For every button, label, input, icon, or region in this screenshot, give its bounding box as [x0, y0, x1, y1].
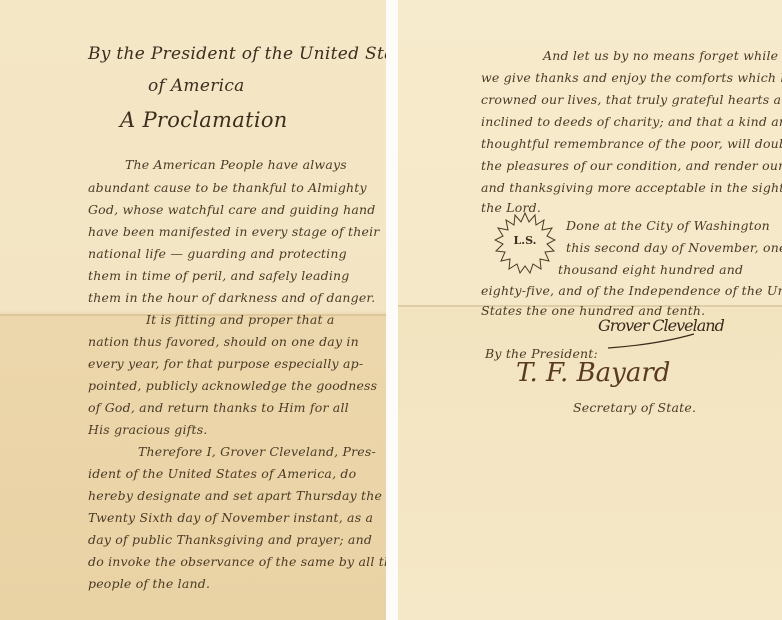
- text-line: It is fitting and proper that a: [146, 312, 335, 328]
- proclamation-page-1: By the President of the United States of…: [0, 0, 386, 620]
- text-line: thoughtful remembrance of the poor, will…: [481, 136, 782, 152]
- text-line: people of the land.: [88, 576, 210, 592]
- seal-of-state: L.S.: [494, 212, 556, 274]
- text-line: crowned our lives, that truly grateful h…: [481, 92, 782, 108]
- text-line: and thanksgiving more acceptable in the …: [481, 180, 782, 196]
- text-line: Therefore I, Grover Cleveland, Pres-: [138, 444, 376, 460]
- text-line: abundant cause to be thankful to Almight…: [88, 180, 367, 196]
- signature-flourish-icon: [606, 332, 696, 350]
- text-line: And let us by no means forget while: [543, 48, 778, 64]
- heading-line-1: By the President of the United States: [88, 44, 386, 64]
- text-line: ident of the United States of America, d…: [88, 466, 356, 482]
- text-line: every year, for that purpose especially …: [88, 356, 363, 372]
- text-line: God, whose watchful care and guiding han…: [88, 202, 376, 218]
- text-line: thousand eight hundred and: [558, 262, 743, 278]
- text-line: inclined to deeds of charity; and that a…: [481, 114, 782, 130]
- text-line: of God, and return thanks to Him for all: [88, 400, 349, 416]
- text-line: Twenty Sixth day of November instant, as…: [88, 510, 373, 526]
- text-line: them in time of peril, and safely leadin…: [88, 268, 350, 284]
- text-line: the pleasures of our condition, and rend…: [481, 158, 782, 174]
- secretary-signature: T. F. Bayard: [516, 358, 670, 388]
- text-line: eighty-five, and of the Independence of …: [481, 283, 782, 299]
- text-line: nation thus favored, should on one day i…: [88, 334, 359, 350]
- text-line: have been manifested in every stage of t…: [88, 224, 379, 240]
- text-line: do invoke the observance of the same by …: [88, 554, 386, 570]
- heading-line-2: of America: [148, 76, 245, 96]
- text-line: national life — guarding and protecting: [88, 246, 347, 262]
- seal-label: L.S.: [494, 234, 556, 247]
- text-line: His gracious gifts.: [88, 422, 208, 438]
- text-line: day of public Thanksgiving and prayer; a…: [88, 532, 372, 548]
- text-line: hereby designate and set apart Thursday …: [88, 488, 382, 504]
- text-line: pointed, publicly acknowledge the goodne…: [88, 378, 377, 394]
- page-gap: [386, 0, 398, 620]
- text-line: Done at the City of Washington: [566, 218, 770, 234]
- proclamation-page-2: And let us by no means forget while we g…: [398, 0, 782, 620]
- text-line: The American People have always: [125, 157, 347, 173]
- text-line: them in the hour of darkness and of dang…: [88, 290, 375, 306]
- text-line: this second day of November, one: [566, 240, 782, 256]
- secretary-title: Secretary of State.: [573, 400, 696, 416]
- text-line: we give thanks and enjoy the comforts wh…: [481, 70, 782, 86]
- proclamation-title: A Proclamation: [120, 108, 288, 132]
